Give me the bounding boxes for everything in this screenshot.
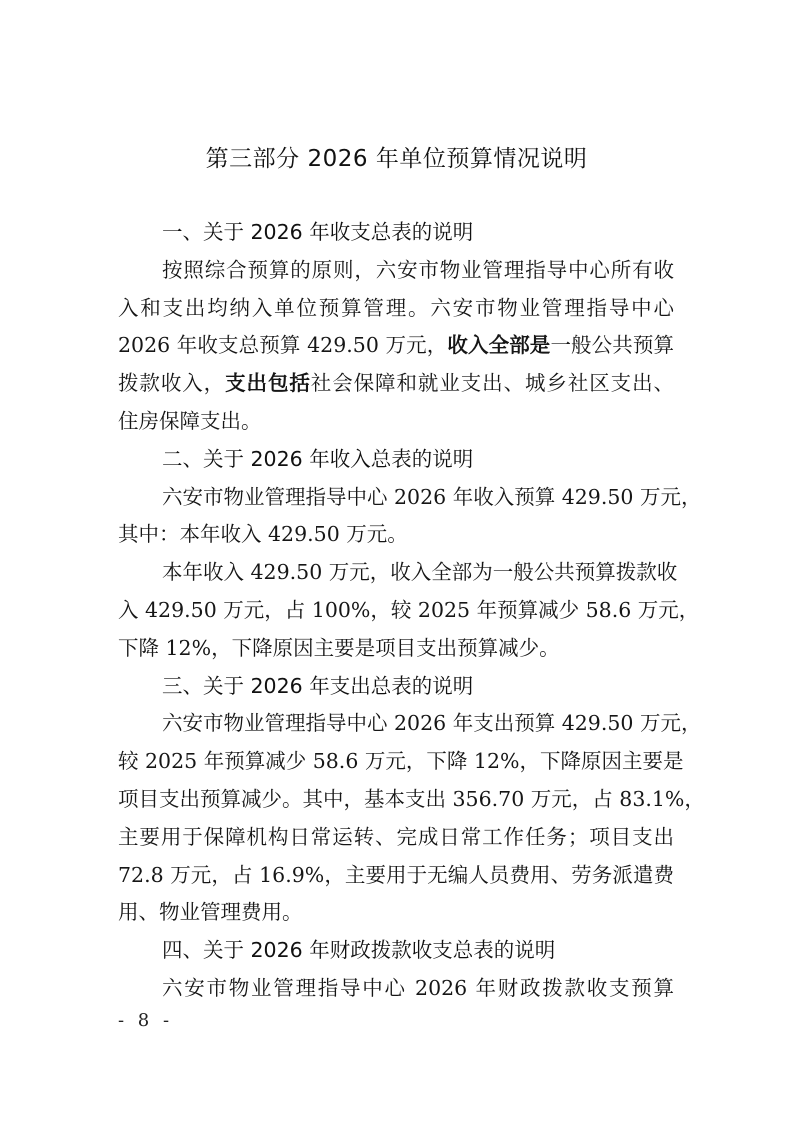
bold-text: 收入全部是 <box>447 333 550 357</box>
paragraph-line: 住房保障支出。 <box>118 403 674 441</box>
page-number: - 8 - <box>118 1010 173 1031</box>
paragraph-line: 入 429.50 万元，占 100%，较 2025 年预算减少 58.6 万元， <box>118 592 674 630</box>
paragraph-line: 拨款收入，支出包括社会保障和就业支出、城乡社区支出、 <box>118 365 674 403</box>
paragraph-line: 六安市物业管理指导中心 2026 年收入预算 429.50 万元， <box>118 479 674 517</box>
paragraph-line: 较 2025 年预算减少 58.6 万元，下降 12%，下降原因主要是 <box>118 743 674 781</box>
paragraph-line: 入和支出均纳入单位预算管理。六安市物业管理指导中心 <box>118 290 674 328</box>
paragraph-line: 主要用于保障机构日常运转、完成日常工作任务；项目支出 <box>118 819 674 857</box>
bold-text: 支出包括 <box>225 371 311 395</box>
document-page: 第三部分 2026 年单位预算情况说明 一、关于 2026 年收支总表的说明 按… <box>0 0 793 1122</box>
paragraph-line: 用、物业管理费用。 <box>118 894 674 932</box>
paragraph-line: 下降 12%，下降原因主要是项目支出预算减少。 <box>118 630 674 668</box>
text-run: 一般公共预算 <box>550 333 674 357</box>
paragraph-line: 六安市物业管理指导中心 2026 年财政拨款收支预算 <box>118 970 674 1008</box>
document-body: 一、关于 2026 年收支总表的说明 按照综合预算的原则，六安市物业管理指导中心… <box>118 214 674 1008</box>
section-heading-1: 一、关于 2026 年收支总表的说明 <box>118 214 674 252</box>
page-title: 第三部分 2026 年单位预算情况说明 <box>0 140 793 173</box>
paragraph-line: 2026 年收支总预算 429.50 万元，收入全部是一般公共预算 <box>118 327 674 365</box>
paragraph-line: 项目支出预算减少。其中，基本支出 356.70 万元，占 83.1%， <box>118 781 674 819</box>
paragraph-line: 72.8 万元，占 16.9%，主要用于无编人员费用、劳务派遣费 <box>118 857 674 895</box>
paragraph-line: 本年收入 429.50 万元，收入全部为一般公共预算拨款收 <box>118 554 674 592</box>
text-run: 拨款收入， <box>118 371 225 395</box>
section-heading-4: 四、关于 2026 年财政拨款收支总表的说明 <box>118 932 674 970</box>
text-run: 2026 年收支总预算 429.50 万元， <box>118 333 447 357</box>
section-heading-3: 三、关于 2026 年支出总表的说明 <box>118 668 674 706</box>
paragraph-line: 按照综合预算的原则，六安市物业管理指导中心所有收 <box>118 252 674 290</box>
paragraph-line: 六安市物业管理指导中心 2026 年支出预算 429.50 万元， <box>118 705 674 743</box>
paragraph-line: 其中：本年收入 429.50 万元。 <box>118 516 674 554</box>
section-heading-2: 二、关于 2026 年收入总表的说明 <box>118 441 674 479</box>
text-run: 社会保障和就业支出、城乡社区支出、 <box>311 371 674 395</box>
